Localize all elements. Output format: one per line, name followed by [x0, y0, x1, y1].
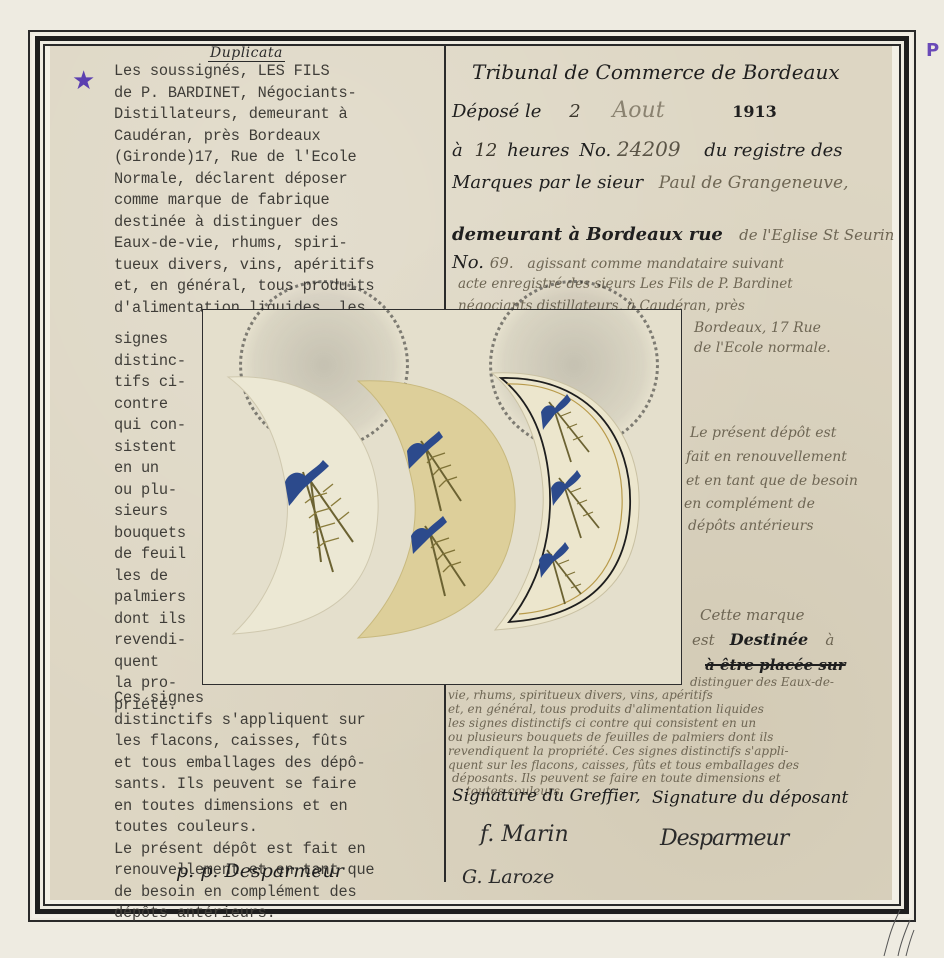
no-label: No.	[452, 252, 484, 273]
marque-note-suffix: à	[825, 631, 834, 649]
typed-line: Ces signes	[114, 688, 448, 710]
typed-line: et tous emballages des dépô-	[114, 753, 448, 775]
renewal-note-5: dépôts antérieurs	[688, 518, 814, 534]
demeurant-line: demeurant à Bordeaux rue de l'Eglise St …	[452, 224, 894, 245]
typed-line: distinctifs s'appliquent sur	[114, 710, 448, 732]
no-value: 69.	[490, 254, 514, 272]
specimen-box	[202, 309, 682, 685]
typed-line: tueux divers, vins, apéritifs	[114, 255, 448, 277]
typed-line: Les soussignés, LES FILS	[114, 61, 448, 83]
handwritten-line-1: agissant comme mandataire suivant	[527, 256, 784, 272]
typed-line: sants. Ils peuvent se faire	[114, 774, 448, 796]
renewal-note-3: et en tant que de besoin	[686, 473, 858, 489]
typed-line: comme marque de fabrique	[114, 190, 448, 212]
deposant-signature-label: Signature du déposant	[652, 788, 848, 808]
duplicata-annotation: Duplicata	[208, 45, 285, 62]
typed-line: dépôts antérieurs.	[114, 903, 448, 925]
marque-note-2: est Destinée à	[692, 630, 834, 649]
handwritten-line-2: acte enregistré des sieurs Les Fils de P…	[458, 276, 793, 292]
typed-line: de besoin en complément des	[114, 882, 448, 904]
registre-label: du registre des	[704, 140, 842, 161]
continuation-line-4: les signes distinctifs ci contre qui con…	[448, 716, 756, 730]
marque-note-prefix: est	[692, 631, 715, 649]
typed-line: destinée à distinguer des	[114, 212, 448, 234]
corner-stamp-mark: P	[926, 40, 939, 61]
continuation-line-7: quent sur les flacons, caisses, fûts et …	[448, 758, 799, 772]
typed-line: (Gironde)17, Rue de l'Ecole	[114, 147, 448, 169]
deposant-signature: Desparmeur	[660, 826, 788, 851]
continuation-line-5: ou plusieurs bouquets de feuilles de pal…	[448, 730, 773, 744]
demeurant-label: demeurant à Bordeaux rue	[452, 224, 723, 245]
left-signature: p. p. Desparmeur	[176, 860, 344, 882]
typed-line: Distillateurs, demeurant à	[114, 104, 448, 126]
continuation-line-8: déposants. Ils peuvent se faire en toute…	[452, 771, 781, 785]
destinee-label: Destinée	[730, 630, 809, 649]
typed-line: Normale, déclarent déposer	[114, 169, 448, 191]
form-title: Tribunal de Commerce de Bordeaux	[472, 60, 840, 84]
typed-line: de P. BARDINET, Négociants-	[114, 83, 448, 105]
typed-line: les flacons, caisses, fûts	[114, 731, 448, 753]
marque-note-1: Cette marque	[700, 606, 805, 624]
greffier-signature-label: Signature du Greffier,	[452, 786, 641, 806]
renewal-note-1: Le présent dépôt est	[690, 425, 836, 441]
renewal-note-4: en complément de	[684, 496, 815, 512]
numero-value: 24209	[617, 137, 681, 161]
handwritten-line-4: Bordeaux, 17 Rue	[694, 320, 821, 336]
depose-year: 1913	[732, 102, 777, 121]
depose-line: Déposé le 2 Aout 1913	[452, 98, 777, 123]
greffier-name: G. Laroze	[462, 866, 554, 888]
depose-day: 2	[569, 101, 580, 122]
continuation-line-1: distinguer des Eaux-de-	[690, 675, 834, 689]
star-icon: ★	[72, 68, 95, 94]
numero-label: No.	[579, 140, 611, 161]
struck-phrase: à être placée sur	[705, 656, 846, 674]
heure-line: à 12 heures No. 24209 du registre des	[452, 137, 843, 161]
typed-line: Eaux-de-vie, rhums, spiri-	[114, 233, 448, 255]
heure-label: heures	[507, 140, 569, 161]
rue-value: de l'Eglise St Seurin	[739, 226, 894, 244]
handwritten-line-5: de l'Ecole normale.	[694, 340, 831, 356]
typed-declaration-bottom: Ces signesdistinctifs s'appliquent surle…	[114, 688, 448, 925]
heure-value: 12	[474, 140, 497, 161]
marques-label: Marques par le sieur	[452, 172, 643, 193]
renewal-note-2: fait en renouvellement	[686, 449, 847, 465]
typed-line: toutes couleurs.	[114, 817, 448, 839]
numero-rue-line: No. 69. agissant comme mandataire suivan…	[452, 252, 784, 273]
continuation-line-6: revendiquent la propriété. Ces signes di…	[448, 744, 789, 758]
typed-line: Le présent dépôt est fait en	[114, 839, 448, 861]
depose-label: Déposé le	[452, 101, 541, 122]
typed-declaration-top: Les soussignés, LES FILSde P. BARDINET, …	[114, 61, 448, 319]
pencil-mark-icon	[880, 900, 940, 958]
depose-month: Aout	[612, 98, 664, 123]
typed-line: en toutes dimensions et en	[114, 796, 448, 818]
specimen-crescent-3	[487, 368, 647, 638]
heure-prefix: à	[452, 140, 463, 161]
typed-line: Caudéran, près Bordeaux	[114, 126, 448, 148]
continuation-line-2: vie, rhums, spiritueux divers, vins, apé…	[448, 688, 713, 702]
marques-line: Marques par le sieur Paul de Grangeneuve…	[452, 172, 849, 193]
continuation-line-3: et, en général, tous produits d'alimenta…	[448, 702, 764, 716]
sieur-name: Paul de Grangeneuve,	[659, 173, 849, 193]
greffier-signature: f. Marin	[480, 822, 569, 847]
